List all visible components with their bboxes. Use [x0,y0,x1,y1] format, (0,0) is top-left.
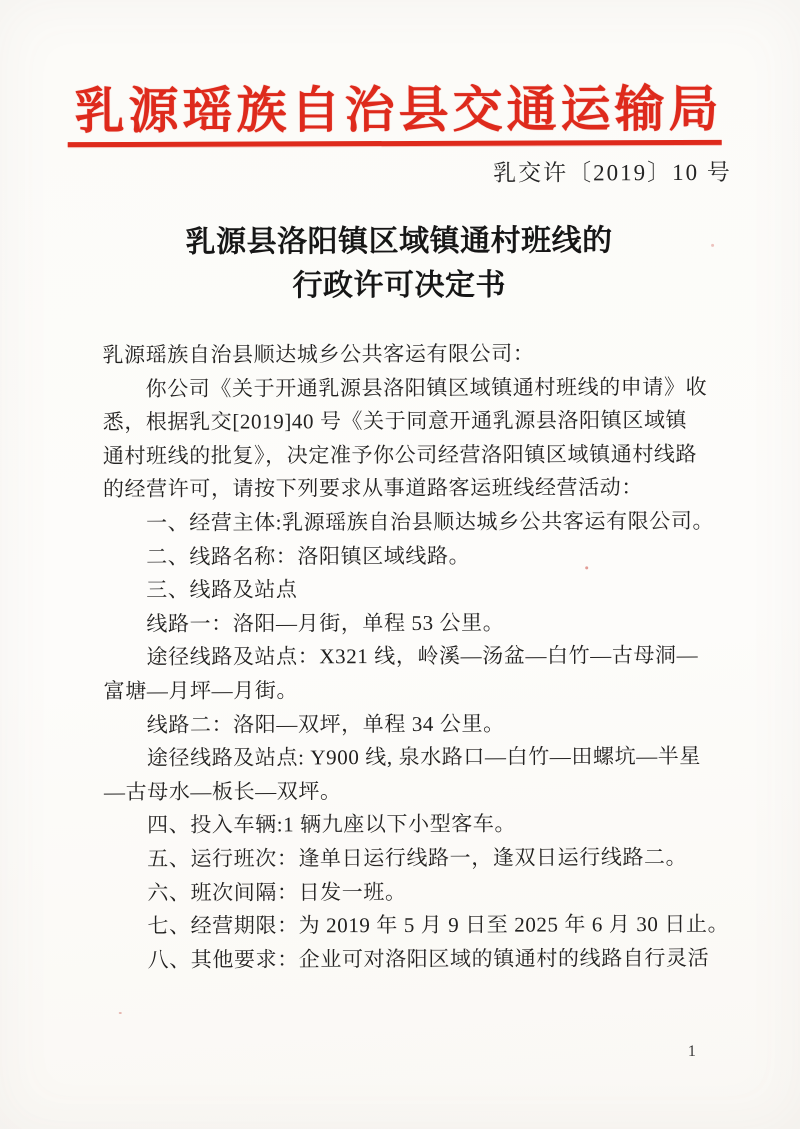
body-line: 线路一：洛阳—月街，单程 53 公里。 [103,606,743,642]
body-line: —古母水—板长—双坪。 [104,774,744,810]
scan-speck [585,566,588,569]
scan-speck [119,1012,122,1014]
document-page: 乳源瑶族自治县交通运输局 乳交许〔2019〕10 号 乳源县洛阳镇区域镇通村班线… [0,0,800,1129]
document-title-line1: 乳源县洛阳镇区域镇通村班线的 [0,219,799,266]
scan-speck [711,244,714,247]
body-line: 一、经营主体:乳源瑶族自治县顺达城乡公共客运有限公司。 [103,505,743,541]
body-line: 的经营许可，请按下列要求从事道路客运班线经营活动： [103,471,743,507]
document-number: 乳交许〔2019〕10 号 [493,154,732,188]
body-line: 二、线路名称：洛阳镇区域线路。 [103,538,743,574]
body-line: 线路二：洛阳—双坪，单程 34 公里。 [104,706,744,742]
body-line: 途径线路及站点: Y900 线, 泉水路口—白竹—田螺坑—半星 [104,740,744,776]
document-body: 乳源瑶族自治县顺达城乡公共客运有限公司：你公司《关于开通乳源县洛阳镇区域镇通村班… [102,337,744,978]
page-number: 1 [688,1043,696,1061]
body-line: 乳源瑶族自治县顺达城乡公共客运有限公司： [102,337,742,373]
body-line: 三、线路及站点 [103,572,743,608]
body-line: 富塘—月坪—月街。 [104,673,744,709]
body-line: 五、运行班次：逢单日运行线路一，逢双日运行线路二。 [104,841,744,877]
scanned-sheet: 乳源瑶族自治县交通运输局 乳交许〔2019〕10 号 乳源县洛阳镇区域镇通村班线… [0,0,800,1129]
body-line: 通村班线的批复》，决定准予你公司经营洛阳镇区域镇通村线路 [103,438,743,474]
body-line: 你公司《关于开通乳源县洛阳镇区域镇通村班线的申请》收 [103,370,743,406]
body-line: 八、其他要求：企业可对洛阳区域的镇通村的线路自行灵活 [105,941,745,977]
body-line: 途径线路及站点：X321 线，岭溪—汤盆—白竹—古母洞— [103,639,743,675]
agency-letterhead: 乳源瑶族自治县交通运输局 [68,69,728,143]
body-line: 悉，根据乳交[2019]40 号《关于同意开通乳源县洛阳镇区域镇 [103,404,743,440]
document-title-line2: 行政许可决定书 [0,263,799,310]
body-line: 四、投入车辆:1 辆九座以下小型客车。 [104,807,744,843]
body-line: 七、经营期限：为 2019 年 5 月 9 日至 2025 年 6 月 30 日… [104,908,744,944]
document-title: 乳源县洛阳镇区域镇通村班线的 行政许可决定书 [0,219,799,310]
letterhead-divider [68,140,722,147]
body-line: 六、班次间隔：日发一班。 [104,874,744,910]
